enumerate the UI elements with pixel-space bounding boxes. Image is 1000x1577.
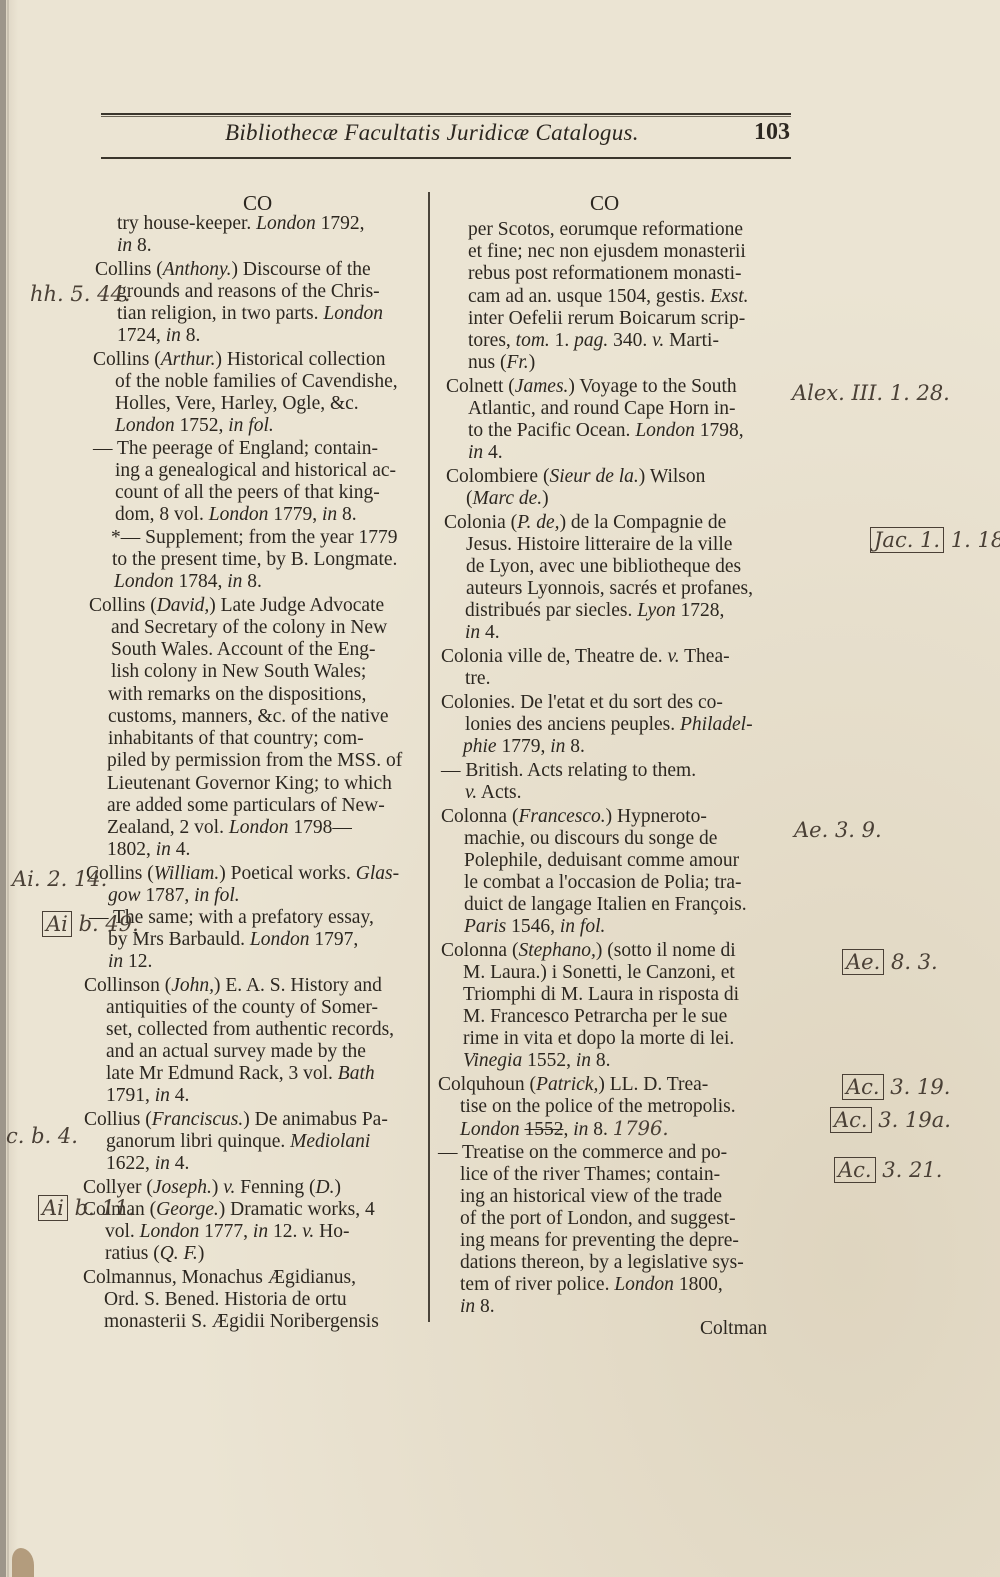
right-column-text-line: ing an historical view of the trade bbox=[460, 1186, 722, 1208]
right-column-heading: CO bbox=[590, 191, 619, 216]
right-column-text-line: Paris 1546, in fol. bbox=[464, 916, 605, 938]
left-column-text-line: vol. London 1777, in 12. v. Ho- bbox=[105, 1221, 350, 1243]
left-column-text-line: and an actual survey made by the bbox=[106, 1041, 366, 1063]
right-column-text-line: tores, tom. 1. pag. 340. v. Marti- bbox=[468, 330, 719, 352]
shelfmark-box: Ai bbox=[42, 911, 72, 937]
left-column-text-line: monasterii S. Ægidii Noribergensis bbox=[104, 1311, 379, 1333]
right-column-text-line: — British. Acts relating to them. bbox=[441, 760, 696, 782]
right-column-text-line: Triomphi di M. Laura in risposta di bbox=[463, 984, 739, 1006]
left-column-text-line: try house-keeper. London 1792, bbox=[117, 213, 365, 235]
right-column-text-line: distribués par siecles. Lyon 1728, bbox=[465, 600, 724, 622]
book-spine-shadow bbox=[7, 0, 9, 1577]
handwritten-shelfmark: Ai b. 11. bbox=[38, 1196, 135, 1220]
handwritten-shelfmark: hh. 5. 44. bbox=[30, 282, 131, 306]
shelfmark-box: Ac. bbox=[830, 1107, 872, 1133]
right-column-text-line: le combat a l'occasion de Polia; tra- bbox=[464, 872, 742, 894]
left-column-text-line: gow 1787, in fol. bbox=[108, 885, 240, 907]
left-column-text-line: — The peerage of England; contain- bbox=[93, 438, 378, 460]
handwritten-shelfmark: Ai b. 49. bbox=[42, 912, 139, 936]
handwritten-shelfmark: Ac. 3. 21. bbox=[834, 1158, 942, 1182]
left-column-text-line: in 8. bbox=[117, 235, 152, 257]
left-column-text-line: Collins (William.) Poetical works. Glas- bbox=[86, 863, 399, 885]
right-column-text-line: Colonna (Francesco.) Hypneroto- bbox=[441, 806, 707, 828]
left-column-text-line: South Wales. Account of the Eng- bbox=[111, 639, 376, 661]
catchword: Coltman bbox=[700, 1318, 767, 1340]
right-column-text-line: auteurs Lyonnois, sacrés et profanes, bbox=[466, 578, 753, 600]
left-column-text-line: customs, manners, &c. of the native bbox=[108, 706, 389, 728]
left-column-text-line: 1724, in 8. bbox=[117, 325, 200, 347]
left-column-text-line: set, collected from authentic records, bbox=[106, 1019, 394, 1041]
page-number: 103 bbox=[754, 119, 790, 146]
header-rule-bottom bbox=[101, 157, 791, 159]
shelfmark-box: Ae. bbox=[842, 949, 884, 975]
left-column-text-line: Collius (Franciscus.) De animabus Pa- bbox=[84, 1109, 388, 1131]
right-column-text-line: (Marc de.) bbox=[466, 488, 549, 510]
right-column-text-line: per Scotos, eorumque reformatione bbox=[468, 219, 743, 241]
right-column-text-line: et fine; nec non ejusdem monasterii bbox=[468, 241, 746, 263]
right-column-text-line: dations thereon, by a legislative sys- bbox=[460, 1252, 744, 1274]
handwritten-shelfmark: c. b. 4. bbox=[6, 1124, 78, 1148]
left-column-text-line: Collins (Anthony.) Discourse of the bbox=[95, 259, 371, 281]
handwritten-shelfmark: Jac. 1. 1. 18. bbox=[870, 528, 1000, 552]
handwritten-shelfmark: Ae. 8. 3. bbox=[842, 950, 938, 974]
left-column-text-line: London 1752, in fol. bbox=[115, 415, 274, 437]
right-column-text-line: M. Francesco Petrarcha per le sue bbox=[463, 1006, 727, 1028]
handwritten-shelfmark: Alex. III. 1. 28. bbox=[792, 381, 950, 405]
left-column-text-line: to the present time, by B. Longmate. bbox=[112, 549, 397, 571]
right-column-text-line: inter Oefelii rerum Boicarum scrip- bbox=[468, 308, 745, 330]
left-column-text-line: inhabitants of that country; com- bbox=[108, 728, 364, 750]
left-column-text-line: late Mr Edmund Rack, 3 vol. Bath bbox=[106, 1063, 375, 1085]
right-column-text-line: de Lyon, avec une bibliotheque des bbox=[466, 556, 741, 578]
left-column-text-line: Collinson (John,) E. A. S. History and bbox=[84, 975, 382, 997]
right-column-text-line: Colonia (P. de,) de la Compagnie de bbox=[444, 512, 726, 534]
left-column-text-line: Holles, Vere, Harley, Ogle, &c. bbox=[115, 393, 359, 415]
right-column-text-line: Polephile, deduisant comme amour bbox=[464, 850, 739, 872]
left-column-text-line: Collins (David,) Late Judge Advocate bbox=[89, 595, 384, 617]
left-column-text-line: ratius (Q. F.) bbox=[105, 1243, 204, 1265]
right-column-text-line: machie, ou discours du songe de bbox=[464, 828, 717, 850]
paper-stain bbox=[12, 1548, 34, 1577]
right-column-text-line: v. Acts. bbox=[465, 782, 522, 804]
right-column-text-line: Jesus. Histoire litteraire de la ville bbox=[466, 534, 732, 556]
right-column-text-line: — Treatise on the commerce and po- bbox=[438, 1142, 727, 1164]
right-column-text-line: tise on the police of the metropolis. bbox=[460, 1096, 736, 1118]
right-column-text-line: to the Pacific Ocean. London 1798, bbox=[468, 420, 744, 442]
right-column-text-line: cam ad an. usque 1504, gestis. Exst. bbox=[468, 286, 749, 308]
left-column-text-line: dom, 8 vol. London 1779, in 8. bbox=[115, 504, 357, 526]
left-column-text-line: 1791, in 4. bbox=[106, 1085, 189, 1107]
right-column-text-line: London 1552, in 8. 1796. bbox=[460, 1118, 669, 1141]
shelfmark-box: Ac. bbox=[842, 1074, 884, 1100]
right-column-text-line: Colombiere (Sieur de la.) Wilson bbox=[446, 466, 705, 488]
right-column-text-line: M. Laura.) i Sonetti, le Canzoni, et bbox=[463, 962, 735, 984]
right-column-text-line: Colquhoun (Patrick,) LL. D. Trea- bbox=[438, 1074, 708, 1096]
right-column-text-line: rebus post reformationem monasti- bbox=[468, 263, 741, 285]
right-column-text-line: Colonia ville de, Theatre de. v. Thea- bbox=[441, 646, 730, 668]
left-column-text-line: and Secretary of the colony in New bbox=[111, 617, 387, 639]
right-column-text-line: Colonies. De l'etat et du sort des co- bbox=[441, 692, 723, 714]
left-column-text-line: Zealand, 2 vol. London 1798— bbox=[107, 817, 352, 839]
left-column-text-line: 1802, in 4. bbox=[107, 839, 190, 861]
handwritten-shelfmark: Ai. 2. 14. bbox=[12, 867, 107, 891]
right-column-text-line: Atlantic, and round Cape Horn in- bbox=[468, 398, 736, 420]
left-column-text-line: lish colony in New South Wales; bbox=[111, 661, 366, 683]
left-column-text-line: piled by permission from the MSS. of bbox=[107, 750, 402, 772]
right-column-text-line: Colnett (James.) Voyage to the South bbox=[446, 376, 737, 398]
right-column-text-line: tem of river police. London 1800, bbox=[460, 1274, 723, 1296]
left-column-text-line: are added some particulars of New- bbox=[107, 795, 385, 817]
handwritten-shelfmark: Ac. 3. 19a. bbox=[830, 1108, 951, 1132]
right-column-text-line: rime in vita et dopo la morte di lei. bbox=[463, 1028, 734, 1050]
right-column-text-line: in 8. bbox=[460, 1296, 495, 1318]
shelfmark-box: Ac. bbox=[834, 1157, 876, 1183]
right-column-text-line: ing means for preventing the depre- bbox=[460, 1230, 739, 1252]
right-column-text-line: phie 1779, in 8. bbox=[463, 736, 585, 758]
right-column-text-line: Vinegia 1552, in 8. bbox=[463, 1050, 611, 1072]
left-column-text-line: antiquities of the county of Somer- bbox=[106, 997, 378, 1019]
right-column-text-line: in 4. bbox=[468, 442, 503, 464]
right-column-text-line: Colonna (Stephano,) (sotto il nome di bbox=[441, 940, 736, 962]
left-column-text-line: Lieutenant Governor King; to which bbox=[107, 773, 392, 795]
left-column-text-line: tian religion, in two parts. London bbox=[117, 303, 383, 325]
right-column-text-line: duict de langage Italien en François. bbox=[464, 894, 747, 916]
left-column-text-line: of the noble families of Cavendishe, bbox=[115, 371, 398, 393]
handwritten-shelfmark: Ae. 3. 9. bbox=[794, 818, 882, 842]
right-column-text-line: lonies des anciens peuples. Philadel- bbox=[465, 714, 753, 736]
left-column-text-line: ing a genealogical and historical ac- bbox=[115, 460, 396, 482]
left-column-text-line: ganorum libri quinque. Mediolani bbox=[106, 1131, 370, 1153]
column-divider bbox=[428, 192, 430, 1322]
left-column-text-line: Collins (Arthur.) Historical collection bbox=[93, 349, 385, 371]
shelfmark-box: Ai bbox=[38, 1195, 68, 1221]
shelfmark-box: Jac. 1. bbox=[870, 527, 944, 553]
right-column-text-line: of the port of London, and suggest- bbox=[460, 1208, 736, 1230]
left-column-text-line: grounds and reasons of the Chris- bbox=[117, 281, 380, 303]
left-column-text-line: 1622, in 4. bbox=[106, 1153, 189, 1175]
left-column-text-line: in 12. bbox=[108, 951, 152, 973]
right-column-text-line: nus (Fr.) bbox=[468, 352, 535, 374]
left-column-text-line: *— Supplement; from the year 1779 bbox=[111, 527, 397, 549]
right-column-text-line: in 4. bbox=[465, 622, 500, 644]
handwritten-shelfmark: Ac. 3. 19. bbox=[842, 1075, 950, 1099]
header-rule-top-thin bbox=[101, 116, 791, 117]
left-column-text-line: London 1784, in 8. bbox=[114, 571, 262, 593]
right-column-text-line: tre. bbox=[465, 668, 490, 690]
left-column-text-line: with remarks on the dispositions, bbox=[108, 684, 366, 706]
book-spine-edge bbox=[0, 0, 6, 1577]
left-column-text-line: Colmannus, Monachus Ægidianus, bbox=[83, 1267, 356, 1289]
right-column-text-line: lice of the river Thames; contain- bbox=[460, 1164, 720, 1186]
left-column-text-line: Ord. S. Bened. Historia de ortu bbox=[104, 1289, 347, 1311]
left-column-text-line: count of all the peers of that king- bbox=[115, 482, 380, 504]
header-rule-top bbox=[101, 113, 791, 115]
left-column-text-line: by Mrs Barbauld. London 1797, bbox=[108, 929, 358, 951]
running-title: Bibliothecæ Facultatis Juridicæ Catalogu… bbox=[225, 120, 639, 146]
